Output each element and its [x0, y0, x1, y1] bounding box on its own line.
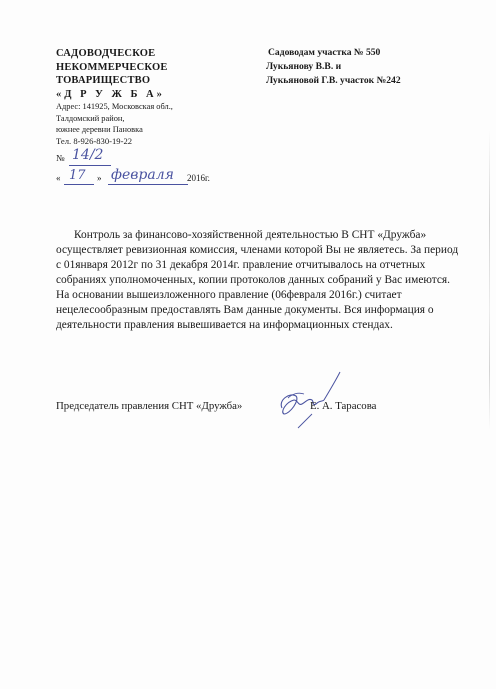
handwritten-month: февраля: [111, 167, 174, 183]
letterhead-organization: САДОВОДЧЕСКОЕ НЕКОММЕРЧЕСКОЕ ТОВАРИЩЕСТВ…: [56, 47, 168, 101]
date-year: 2016г.: [187, 173, 210, 183]
org-line-3: ТОВАРИЩЕСТВО: [56, 74, 168, 88]
address-line-2: Талдомский район,: [56, 113, 173, 125]
signature-row: Председатель правления СНТ «Дружба» Е. А…: [56, 396, 476, 436]
number-prefix: №: [56, 153, 65, 163]
handwritten-number: 14/2: [72, 147, 103, 163]
recipient-block: Садоводам участка № 550 Лукьянову В.В. и…: [266, 46, 401, 88]
date-close-quote: »: [97, 173, 102, 183]
letterhead-address: Адрес: 141925, Московская обл., Талдомск…: [56, 101, 173, 147]
recipient-line-1: Садоводам участка № 550: [266, 46, 401, 60]
recipient-line-3: Лукьяновой Г.В. участок №242: [266, 74, 401, 88]
scan-edge-shadow: [489, 130, 490, 430]
signatory-name: Е. А. Тарасова: [310, 400, 376, 412]
org-line-2: НЕКОММЕРЧЕСКОЕ: [56, 61, 168, 75]
month-underline: [108, 184, 188, 185]
number-underline: [69, 165, 111, 166]
scanned-letter-page: САДОВОДЧЕСКОЕ НЕКОММЕРЧЕСКОЕ ТОВАРИЩЕСТВ…: [0, 0, 496, 689]
phone-number: Тел. 8-926-830-19-22: [56, 136, 173, 148]
letter-body: Контроль за финансово-хозяйственной деят…: [56, 228, 466, 333]
address-line-3: южнее деревни Пановка: [56, 124, 173, 136]
recipient-line-2: Лукьянову В.В. и: [266, 60, 401, 74]
address-line-1: Адрес: 141925, Московская обл.,: [56, 101, 173, 113]
day-underline: [64, 184, 94, 185]
date-open-quote: «: [56, 173, 61, 183]
handwritten-day: 17: [69, 168, 86, 183]
signatory-title: Председатель правления СНТ «Дружба»: [56, 400, 242, 412]
body-paragraph: Контроль за финансово-хозяйственной деят…: [56, 228, 466, 333]
org-line-1: САДОВОДЧЕСКОЕ: [56, 47, 168, 61]
org-name: «Д Р У Ж Б А»: [56, 88, 168, 102]
